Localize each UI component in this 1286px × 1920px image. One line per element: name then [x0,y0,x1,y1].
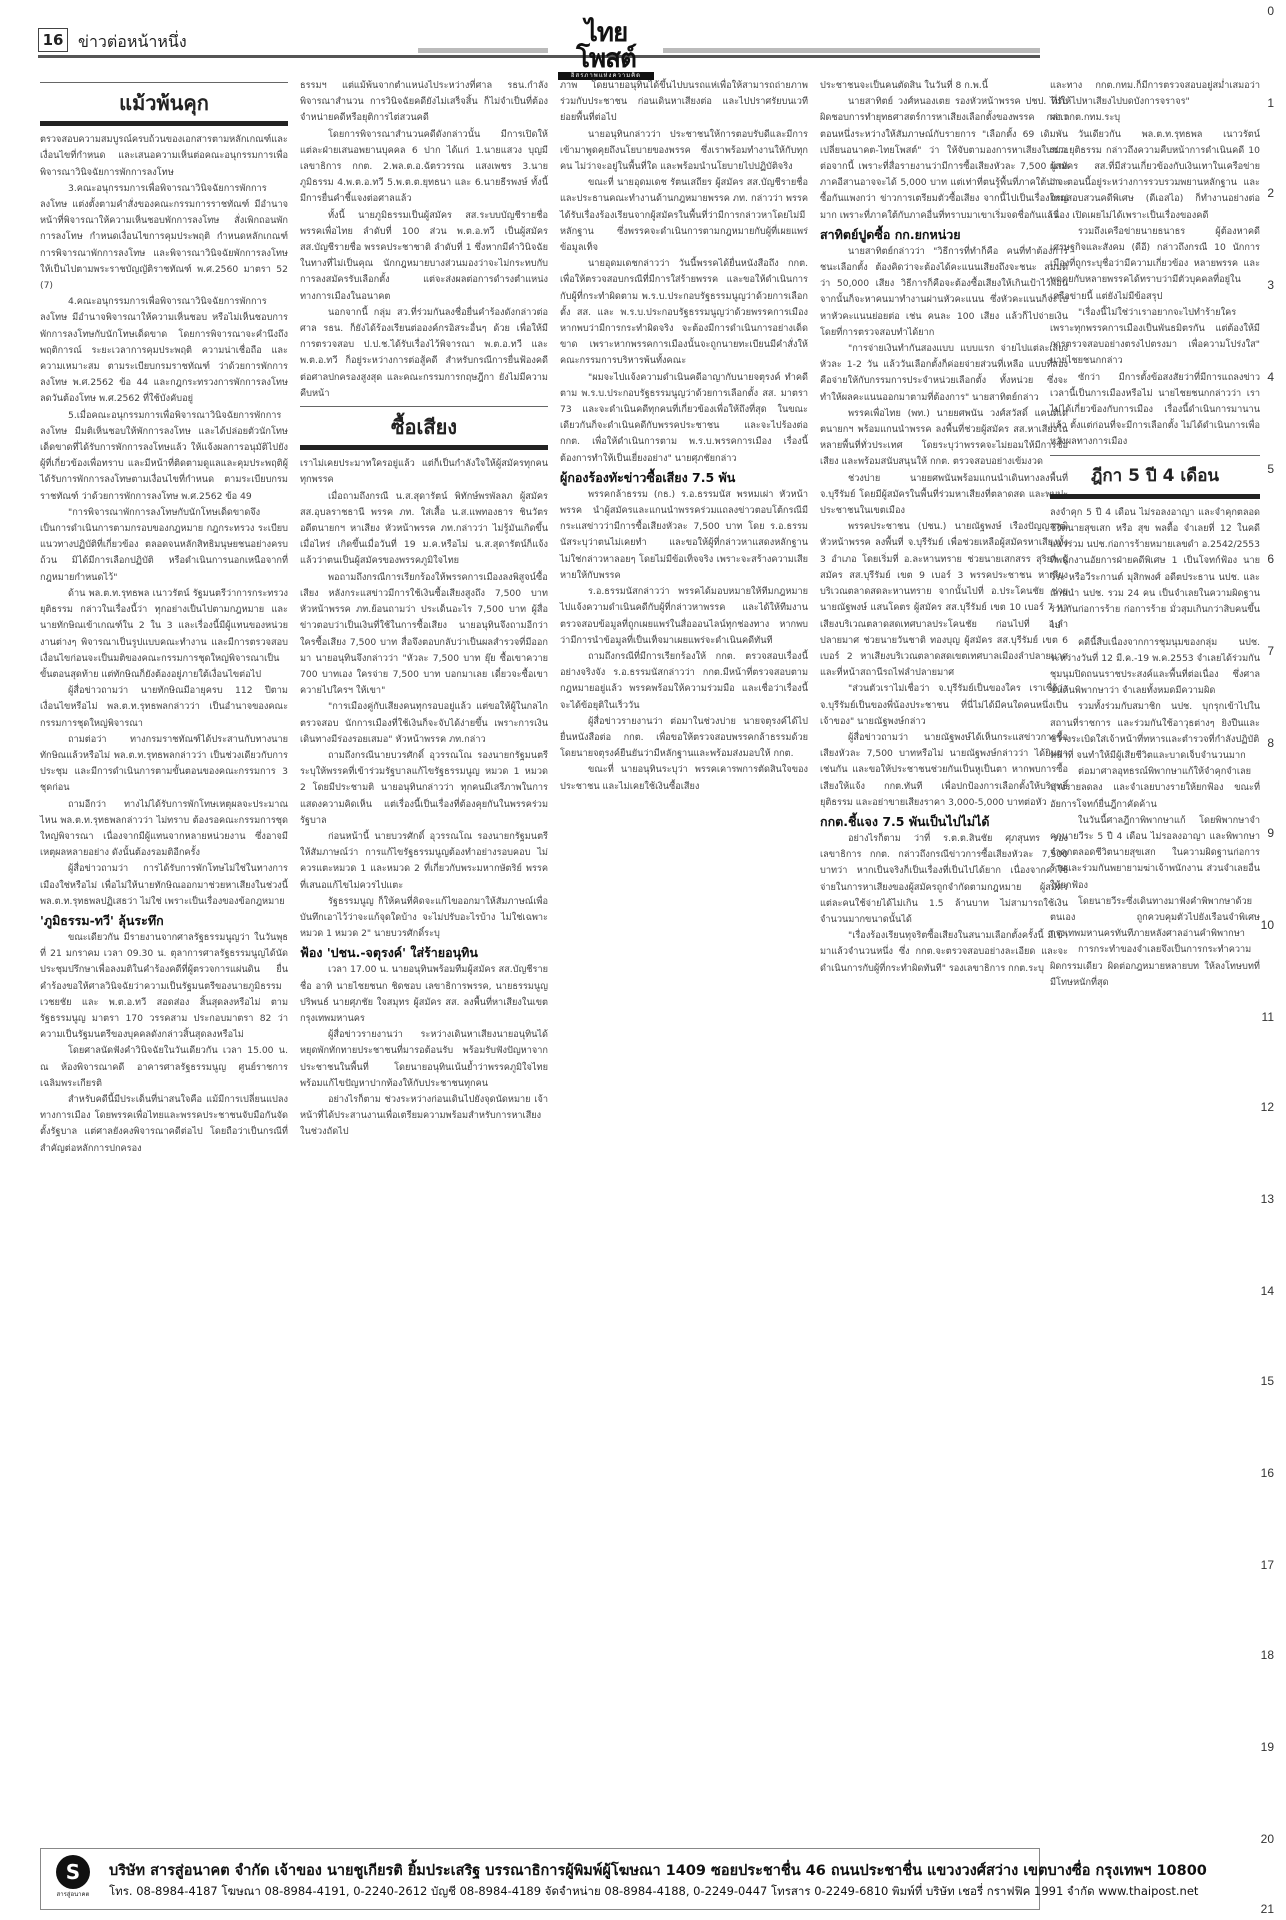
subheading: กกต.ชี้แจง 7.5 พันเป็นไปไม่ได้ [820,813,1068,831]
header-underline [38,55,1040,58]
paragraph: ผู้สื่อข่าวถามว่า นายทักษิณมีอายุครบ 112… [40,683,288,732]
article-column-3: ภาพ โดยนายอนุทินได้ขึ้นไปบนรถแห่เพื่อให้… [560,78,808,795]
imprint-line-2: โทร. 08-8984-4187 โฆษณา 08-8984-4191, 0-… [109,1883,1198,1901]
newspaper-logo-icon: ไทยโพสต์ อิสรภาพแห่งความคิด [558,20,654,56]
ruler-mark: 18 [1261,1648,1274,1662]
paragraph: เวลา 17.00 น. นายอนุทินพร้อมทีมผู้สมัคร … [300,962,548,1027]
paragraph: ผู้สื่อข่าวถามว่า นายณัฐพงษ์ได้เห็นกระแส… [820,730,1068,811]
paragraph: ตรวจสอบความสมบูรณ์ครบถ้วนของเอกสารตามหลั… [40,132,288,181]
paragraph: นายสาทิตย์ วงศ์หนองเตย รองหัวหน้าพรรค ปช… [820,94,1068,224]
paragraph: ผู้สื่อข่าวรายงานว่า ต่อมาในช่วงบ่าย นาย… [560,714,808,763]
paragraph: นายอนุทินกล่าวว่า ประชาชนให้การตอบรับดีแ… [560,127,808,176]
paragraph: ก่อนหน้านี้ นายบวรศักดิ์ อุวรรณโณ รองนาย… [300,829,548,894]
paragraph: "เรื่องร้องเรียนทุจริตซื้อเสียงในสนามเลื… [820,928,1068,977]
article-column-1: แม้วพ้นคุก ตรวจสอบความสมบูรณ์ครบถ้วนของเ… [40,78,288,1157]
paragraph: "ส่วนตัวเราไม่เชื่อว่า จ.บุรีรัมย์เป็นขอ… [820,681,1068,730]
section-title: ข่าวต่อหน้าหนึ่ง [78,30,187,55]
ruler-mark: 2 [1267,186,1274,200]
paragraph: นายอุดมเดชกล่าวว่า วันนี้พรรคได้ยื่นหนัง… [560,256,808,369]
subheading: ฟ้อง 'ปชน.-จตุรงค์' ใส่ร้ายอนุทิน [300,944,548,962]
paragraph: อย่างไรก็ตาม ช่วงระหว่างก่อนเดินไปยังจุด… [300,1092,548,1141]
ruler-mark: 12 [1261,1100,1274,1114]
subheading: 'ภูมิธรรม-ทวี' ลุ้นระทึก [40,912,288,930]
ruler-mark: 3 [1267,278,1274,292]
paragraph: วันเดียวกัน พล.ต.ท.รุทธพล เนาวรัตน์ รมว.… [1050,127,1260,224]
paragraph: ภาพ โดยนายอนุทินได้ขึ้นไปบนรถแห่เพื่อให้… [560,78,808,127]
paragraph: "เรื่องนี้ไม่ใช่ว่าเราอยากจะไปทำร้ายใคร … [1050,305,1260,370]
ruler-mark: 13 [1261,1192,1274,1206]
publisher-imprint: S สารสู่อนาคต บริษัท สารสู่อนาคต จำกัด เ… [40,1848,1040,1910]
ruler-mark: 17 [1261,1558,1274,1572]
paragraph: ด้าน พล.ต.ท.รุทธพล เนาวรัตน์ รัฐมนตรีว่า… [40,586,288,683]
paragraph: ร.อ.ธรรมนัสกล่าวว่า พรรคได้มอบหมายให้ทีม… [560,584,808,649]
logo-text: ไทยโพสต์ [558,20,654,72]
paragraph: รวมถึงเครือข่ายนายธนาธร ผู้ต้องหาคดีเศรษ… [1050,224,1260,305]
ruler-mark: 8 [1267,736,1274,750]
page-header: 16 ข่าวต่อหน้าหนึ่ง ไทยโพสต์ อิสรภาพแห่ง… [38,28,1040,58]
ruler-mark: 4 [1267,370,1274,384]
paragraph: โดยการพิจารณาสำนวนคดีดังกล่าวนั้น มีการเ… [300,127,548,208]
header-rule-left [418,48,548,53]
paragraph: ธรรมฯ แต่แม้พ้นจากตำแหน่งไประหว่างที่ศาล… [300,78,548,127]
paragraph: ลงจำคุก 5 ปี 4 เดือน ไม่รอลงอาญา และจำคุ… [1050,505,1260,635]
subheading: ผู้กองร้องทัะข่าวซื้อเสียง 7.5 พัน [560,469,808,487]
paragraph: รวมทั้งร่วมกับสมาชิก นปช. บุกรุกเข้าไปใน… [1050,699,1260,764]
paragraph: รัฐธรรมนูญ ก็ให้คนที่คิดจะแก้ไขออกมาให้ส… [300,894,548,943]
ruler-mark: 14 [1261,1284,1274,1298]
paragraph: "การพิจารณาพักการลงโทษกับนักโทษเด็ดขาดจึ… [40,505,288,586]
ruler-mark: 21 [1261,1902,1274,1916]
ruler-mark: 9 [1267,826,1274,840]
paragraph: ในวันนี้ศาลฎีกาพิพากษาแก้ โดยพิพากษาจำคุ… [1050,813,1260,894]
paragraph: โดยนายวีระซึ่งเดินทางมาฟังคำพิพากษาด้วยต… [1050,894,1260,943]
page-number: 16 [38,28,68,52]
paragraph: ช่วงบ่าย นายยศพนันพร้อมแกนนำเดินทางลงพื้… [820,471,1068,520]
paragraph: คดีนี้สืบเนื่องจากการชุมนุมของกลุ่ม นปช.… [1050,635,1260,700]
header-rule-right [663,48,1040,53]
paragraph: สำหรับคดีนี้มีประเด็นที่น่าสนใจคือ แม้มี… [40,1092,288,1157]
ruler-mark: 5 [1267,462,1274,476]
subheading: สาทิตย์ปูดซื้อ กก.ยกหน่วย [820,226,1068,244]
ruler-mark: 0 [1267,4,1274,18]
paragraph: เมื่อถามถึงกรณี น.ส.สุดารัตน์ พิทักษ์พรพ… [300,489,548,570]
paragraph: 4.คณะอนุกรรมการเพื่อพิจารณาวินิจฉัยการพั… [40,294,288,407]
paragraph: "ผมจะไปแจ้งความดำเนินคดีอาญากับนายจตุรงค… [560,370,808,467]
paragraph: พรรคประชาชน (ปชน.) นายณัฐพงษ์ เรืองปัญญา… [820,519,1068,681]
paragraph: ถามถึงกรณีที่มีการเรียกร้องให้ กกต. ตรวจ… [560,649,808,714]
box-heading-maew-pon-kuk: แม้วพ้นคุก [40,82,288,126]
box-heading-supreme-court: ฎีกา 5 ปี 4 เดือน [1050,455,1260,499]
paragraph: ขณะที่ นายอนุทินระบุว่า พรรคเคารพการตัดส… [560,762,808,794]
ruler-mark: 10 [1261,918,1274,932]
paragraph: ถามต่อว่า ทางกรมราชทัณฑ์ได้ประสานกับทางน… [40,732,288,797]
paragraph: เราไม่เคยประมาทใครอยู่แล้ว แต่ก็เป็นกำลั… [300,456,548,488]
paragraph: "การเมืองคู่กับเสียงคนทุกรอบอยู่แล้ว แต่… [300,699,548,748]
ruler-mark: 6 [1267,552,1274,566]
paragraph: ถามถึงกรณีนายบวรศักดิ์ อุวรรณโณ รองนายกร… [300,748,548,829]
paragraph: ซักว่า มีการตั้งข้อสงสัยว่าที่มีการแถลงข… [1050,370,1260,451]
ruler-mark: 15 [1261,1374,1274,1388]
paragraph: ต่อมาศาลอุทธรณ์พิพากษาแก้ให้จำคุกจำเลยบา… [1050,764,1260,813]
paragraph: นายสาทิตย์กล่าวว่า "วิธีการที่ทำก็คือ คน… [820,244,1068,341]
ruler-mark: 20 [1261,1832,1274,1846]
article-column-5: และทาง กกต.กทม.ก็มีการตรวจสอบอยู่สม่ำเสม… [1050,78,1260,991]
imprint-line-1: บริษัท สารสู่อนาคต จำกัด เจ้าของ นายชูเก… [109,1859,1207,1882]
publisher-logo-caption: สารสู่อนาคต [53,1889,93,1899]
article-column-4: ประชาชนจะเป็นคนตัดสิน ในวันที่ 8 ก.พ.นี้… [820,78,1068,977]
paragraph: ผู้สื่อข่าวรายงานว่า ระหว่างเดินหาเสียงน… [300,1027,548,1092]
paragraph: โดยศาลนัดฟังคำวินิจฉัยในวันเดียวกัน เวลา… [40,1043,288,1092]
page-ruler: 0 1 2 3 4 5 6 7 8 9 10 11 12 13 14 15 16… [1252,0,1286,1920]
paragraph: และทาง กกต.กทม.ก็มีการตรวจสอบอยู่สม่ำเสม… [1050,78,1260,127]
box-heading-vote-buying: ซื้อเสียง [300,406,548,450]
ruler-mark: 7 [1267,644,1274,658]
article-column-2: ธรรมฯ แต่แม้พ้นจากตำแหน่งไประหว่างที่ศาล… [300,78,548,1141]
paragraph: พรรคกล้าธรรม (กธ.) ร.อ.ธรรมนัส พรหมเผ่า … [560,487,808,584]
paragraph: อย่างไรก็ตาม ว่าที่ ร.ต.ต.สินชัย ศุภสุนท… [820,831,1068,928]
paragraph: ถามอีกว่า ทางไม่ได้รับการพักโทษเหตุผลจะป… [40,797,288,862]
paragraph: ประชาชนจะเป็นคนตัดสิน ในวันที่ 8 ก.พ.นี้ [820,78,1068,94]
paragraph: 5.เมื่อคณะอนุกรรมการเพื่อพิจารณาวินิจฉัย… [40,408,288,505]
ruler-mark: 11 [1262,1010,1274,1024]
ruler-mark: 16 [1261,1466,1274,1480]
paragraph: ทั้งนี้ นายภูมิธรรมเป็นผู้สมัคร สส.ระบบบ… [300,208,548,305]
ruler-mark: 1 [1267,96,1274,110]
paragraph: 3.คณะอนุกรรมการเพื่อพิจารณาวินิจฉัยการพั… [40,181,288,294]
paragraph: ผู้สื่อข่าวถามว่า การได้รับการพักโทษไม่ใ… [40,861,288,910]
paragraph: ขณะเดียวกัน มีรายงานจากศาลรัฐธรรมนูญว่า … [40,930,288,1043]
paragraph: ขณะที่ นายอุดมเดช รัตนเสถียร ผู้สมัคร สส… [560,175,808,256]
paragraph: พรรคเพื่อไทย (พท.) นายยศพนัน วงศ์สวัสดิ์… [820,406,1068,471]
publisher-logo-icon: S สารสู่อนาคต [53,1855,93,1903]
paragraph: "การจ่ายเงินทำกันสองแบบ แบบแรก จ่ายไปแต่… [820,341,1068,406]
paragraph: พอถามถึงกรณีการเรียกร้องให้พรรคการเมืองล… [300,570,548,700]
ruler-mark: 19 [1261,1740,1274,1754]
paragraph: นอกจากนี้ กลุ่ม สว.ที่ร่วมกันลงชื่อยื่นค… [300,305,548,402]
paragraph: การกระทำของจำเลยจึงเป็นการกระทำความผิดกร… [1050,942,1260,991]
